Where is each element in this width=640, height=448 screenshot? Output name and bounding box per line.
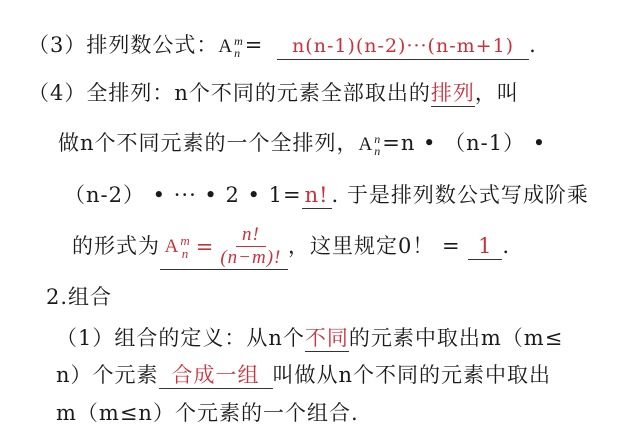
- line-factorial-form: 的形式为Amn=n!(n−m)!，这里规定0！ = 1.: [72, 222, 510, 270]
- line-combination-elements: n）个元素合成一组叫做从n个不同的元素中取出: [56, 360, 551, 390]
- answer-blank: n(n-1)(n-2)···(n-m+1): [277, 33, 529, 60]
- answer-blank: 1: [468, 233, 502, 260]
- answer-blank: 合成一组: [159, 362, 273, 389]
- sup-sub: nn: [374, 133, 381, 157]
- answer-blank: 不同: [305, 325, 349, 352]
- line-full-permutation: （4）全排列：n个不同的元素全部取出的排列，叫: [28, 78, 519, 108]
- answer-blank-formula: Amn=n!(n−m)!: [160, 223, 288, 270]
- fraction: n!(n−m)!: [218, 224, 283, 269]
- line-full-permutation-formula: 做n个不同元素的一个全排列，Ann=n • （n-1） •: [58, 128, 546, 160]
- line-factorial: （n-2） • ··· • 2 • 1=n!. 于是排列数公式写成阶乘: [64, 180, 589, 210]
- line-permutation-formula: （3）排列数公式：Amn= n(n-1)(n-2)···(n-m+1).: [28, 30, 537, 62]
- line-combination-definition: （1）组合的定义：从n个不同的元素中取出m（m≤: [56, 323, 563, 353]
- section-heading-combination: 2.组合: [46, 282, 112, 312]
- line-prefix: （3）排列数公式：: [28, 33, 218, 57]
- sup-sub: mn: [234, 35, 244, 59]
- answer-blank: 排列: [431, 80, 475, 107]
- answer-blank: n!: [302, 182, 332, 209]
- permutation-symbol: A: [359, 130, 374, 160]
- permutation-symbol: A: [218, 32, 233, 62]
- line-combination-end: m（m≤n）个元素的一个组合.: [56, 398, 359, 428]
